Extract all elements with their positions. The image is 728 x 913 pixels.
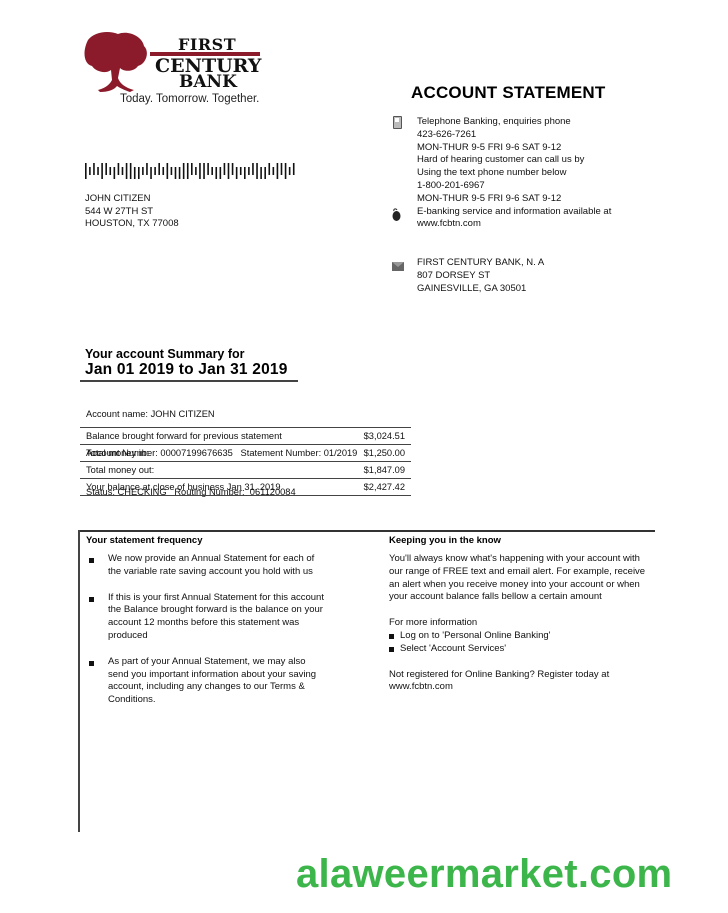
row-amount: $1,847.09 bbox=[343, 462, 411, 479]
more-info-label: For more information bbox=[389, 617, 649, 630]
customer-address-line: HOUSTON, TX 77008 bbox=[85, 218, 179, 231]
customer-address: JOHN CITIZEN 544 W 27TH ST HOUSTON, TX 7… bbox=[85, 193, 179, 231]
bank-address-line: GAINESVILLE, GA 30501 bbox=[417, 283, 544, 296]
bank-address-line: FIRST CENTURY BANK, N. A bbox=[417, 257, 544, 270]
ebanking-line: E-banking service and information availa… bbox=[417, 206, 611, 219]
bullet-square-icon bbox=[389, 647, 394, 652]
contact-phone-link[interactable]: 423-626-7261 bbox=[417, 129, 611, 142]
know-intro: You'll always know what's happening with… bbox=[389, 553, 649, 604]
table-row: Total money in: $1,250.00 bbox=[80, 445, 411, 462]
list-item: We now provide an Annual Statement for e… bbox=[86, 553, 326, 579]
tree-logo-icon bbox=[80, 30, 150, 95]
statement-title: ACCOUNT STATEMENT bbox=[411, 83, 605, 103]
row-label: Total money in: bbox=[80, 445, 343, 462]
customer-address-line: JOHN CITIZEN bbox=[85, 193, 179, 206]
contact-info: Telephone Banking, enquiries phone 423-6… bbox=[417, 116, 611, 231]
logo-first: FIRST bbox=[178, 35, 236, 54]
bullet-square-icon bbox=[389, 634, 394, 639]
watermark: alaweermarket.com bbox=[296, 852, 672, 897]
row-amount: $1,250.00 bbox=[343, 445, 411, 462]
list-item-text: We now provide an Annual Statement for e… bbox=[108, 553, 314, 577]
row-amount: $3,024.51 bbox=[343, 428, 411, 445]
row-label: Your balance at close of business Jan 31… bbox=[80, 479, 343, 496]
contact-line: Hard of hearing customer can call us by bbox=[417, 154, 611, 167]
know-body: You'll always know what's happening with… bbox=[389, 553, 649, 707]
bullet-square-icon bbox=[89, 558, 94, 563]
logo-tagline: Today. Tomorrow. Together. bbox=[120, 93, 259, 105]
bullet-square-icon bbox=[89, 597, 94, 602]
summary-period: Jan 01 2019 to Jan 31 2019 bbox=[85, 361, 288, 379]
contact-textphone-link[interactable]: 1-800-201-6967 bbox=[417, 180, 611, 193]
list-item: As part of your Annual Statement, we may… bbox=[86, 656, 326, 707]
envelope-icon bbox=[392, 262, 404, 271]
table-row: Your balance at close of business Jan 31… bbox=[80, 479, 411, 496]
table-row: Total money out: $1,847.09 bbox=[80, 462, 411, 479]
row-amount: $2,427.42 bbox=[343, 479, 411, 496]
list-item: Select 'Account Services' bbox=[389, 643, 649, 656]
postal-barcode bbox=[85, 163, 297, 179]
summary-heading: Your account Summary for bbox=[85, 347, 245, 361]
summary-table: Balance brought forward for previous sta… bbox=[80, 427, 411, 496]
list-item-text: If this is your first Annual Statement f… bbox=[108, 592, 324, 641]
contact-line: MON-THUR 9-5 FRI 9-6 SAT 9-12 bbox=[417, 142, 611, 155]
list-item-text: As part of your Annual Statement, we may… bbox=[108, 656, 316, 705]
account-name: Account name: JOHN CITIZEN bbox=[86, 408, 357, 421]
frequency-list: We now provide an Annual Statement for e… bbox=[86, 553, 326, 720]
more-info-block: For more information Log on to 'Personal… bbox=[389, 617, 649, 655]
customer-address-line: 544 W 27TH ST bbox=[85, 206, 179, 219]
table-row: Balance brought forward for previous sta… bbox=[80, 428, 411, 445]
register-text: Not registered for Online Banking? Regis… bbox=[389, 669, 649, 695]
bank-address-line: 807 DORSEY ST bbox=[417, 270, 544, 283]
contact-line: Using the text phone number below bbox=[417, 167, 611, 180]
list-item: If this is your first Annual Statement f… bbox=[86, 592, 326, 643]
contact-line: MON-THUR 9-5 FRI 9-6 SAT 9-12 bbox=[417, 193, 611, 206]
info-section-vertical-rule bbox=[78, 530, 80, 832]
more-info-list: Log on to 'Personal Online Banking' Sele… bbox=[389, 630, 649, 656]
list-item-text: Select 'Account Services' bbox=[400, 643, 506, 654]
list-item-text: Log on to 'Personal Online Banking' bbox=[400, 630, 550, 641]
info-section-divider bbox=[80, 530, 655, 532]
mouse-icon bbox=[391, 208, 401, 221]
ebanking-link[interactable]: www.fcbtn.com bbox=[417, 218, 611, 231]
bank-logo: FIRST CENTURY BANK Today. Tomorrow. Toge… bbox=[80, 30, 270, 110]
frequency-heading: Your statement frequency bbox=[86, 535, 203, 546]
contact-line: Telephone Banking, enquiries phone bbox=[417, 116, 611, 129]
bank-address: FIRST CENTURY BANK, N. A 807 DORSEY ST G… bbox=[417, 257, 544, 295]
know-heading: Keeping you in the know bbox=[389, 535, 501, 546]
mobile-phone-icon bbox=[393, 116, 402, 129]
row-label: Total money out: bbox=[80, 462, 343, 479]
logo-bank: BANK bbox=[179, 72, 237, 92]
bullet-square-icon bbox=[89, 661, 94, 666]
list-item: Log on to 'Personal Online Banking' bbox=[389, 630, 649, 643]
row-label: Balance brought forward for previous sta… bbox=[80, 428, 343, 445]
